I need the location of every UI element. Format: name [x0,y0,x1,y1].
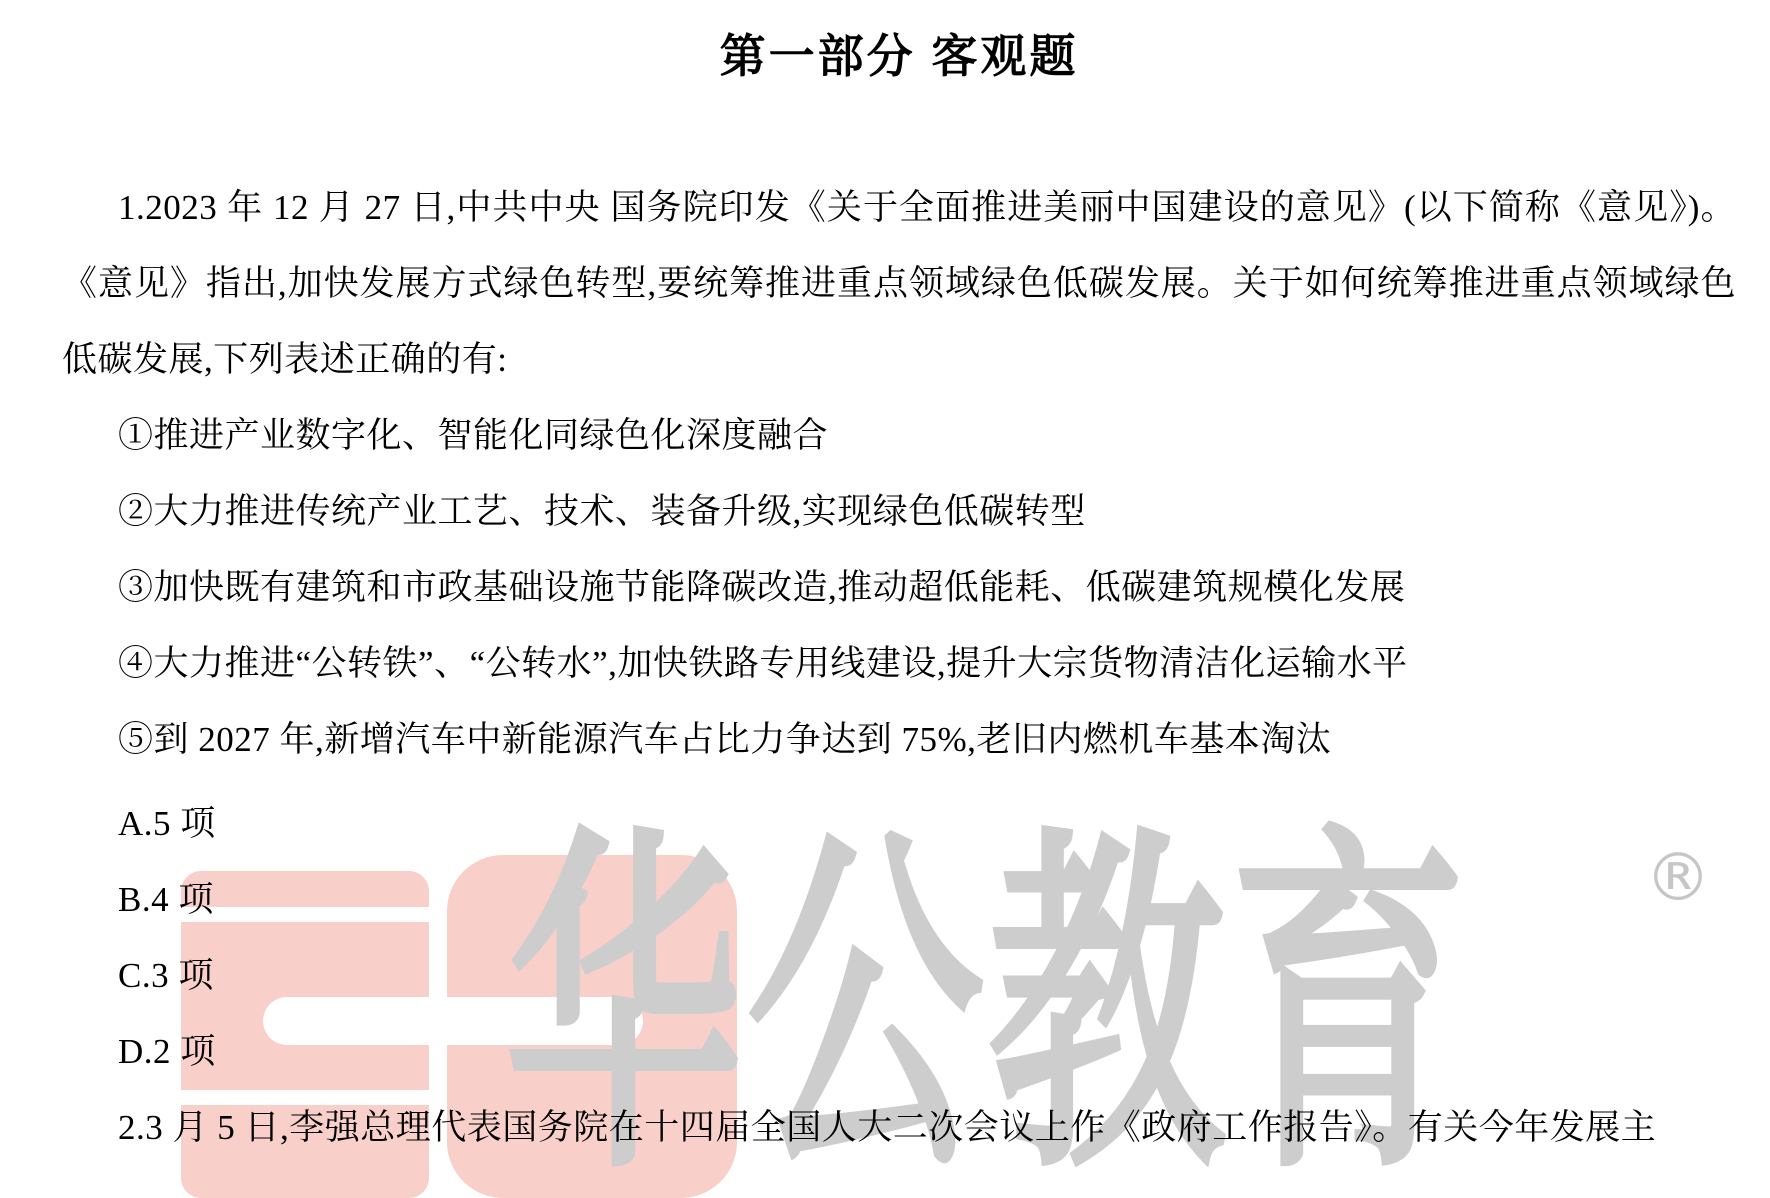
question-1-option-b: B.4 项 [62,862,1736,938]
question-1-item-3: ③加快既有建筑和市政基础设施节能降碳改造,推动超低能耗、低碳建筑规模化发展 [62,550,1736,626]
question-1-option-d: D.2 项 [62,1014,1736,1090]
question-2-stem: 2.3 月 5 日,李强总理代表国务院在十四届全国人大二次会议上作《政府工作报告… [62,1090,1736,1166]
question-1-item-5: ⑤到 2027 年,新增汽车中新能源汽车占比力争达到 75%,老旧内燃机车基本淘… [62,702,1736,778]
section-title: 第一部分 客观题 [62,26,1736,86]
question-1-option-c: C.3 项 [62,938,1736,1014]
document-page: 华公教育 ® 第一部分 客观题 1.2023 年 12 月 27 日,中共中央 … [0,0,1770,1198]
question-1-item-4: ④大力推进“公转铁”、“公转水”,加快铁路专用线建设,提升大宗货物清洁化运输水平 [62,626,1736,702]
question-1-option-a: A.5 项 [62,786,1736,862]
question-1-options: A.5 项 B.4 项 C.3 项 D.2 项 [62,786,1736,1090]
question-1-item-1: ①推进产业数字化、智能化同绿色化深度融合 [62,398,1736,474]
document-content: 第一部分 客观题 1.2023 年 12 月 27 日,中共中央 国务院印发《关… [0,26,1770,1166]
question-1-item-2: ②大力推进传统产业工艺、技术、装备升级,实现绿色低碳转型 [62,474,1736,550]
question-1-stem: 1.2023 年 12 月 27 日,中共中央 国务院印发《关于全面推进美丽中国… [62,170,1736,398]
